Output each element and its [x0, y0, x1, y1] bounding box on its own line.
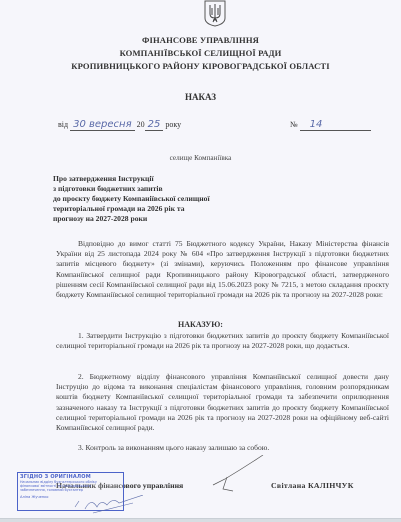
date-handwritten: 30 вересня [70, 119, 135, 131]
number-prefix: № [290, 120, 298, 129]
subject-line: Про затвердження Інструкції [53, 174, 210, 184]
stamp-body: Начальник відділу бухгалтерського обліку… [18, 480, 123, 493]
document-subject: Про затвердження Інструкції з підготовки… [53, 174, 210, 224]
stamp-heading: ЗГІДНО З ОРИГІНАЛОМ [18, 473, 123, 480]
subject-line: прогнозу на 2027-2028 роки [53, 214, 210, 224]
org-name-line-3: КРОПИВНИЦЬКОГО РАЙОНУ КІРОВОГРАДСЬКОЇ ОБ… [0, 61, 401, 71]
year-suffix: року [165, 120, 181, 129]
year-handwritten: 25 [145, 119, 164, 131]
document-place: селище Компаніївка [0, 154, 401, 162]
document-type-title: НАКАЗ [0, 92, 401, 102]
document-page: ФІНАНСОВЕ УПРАВЛІННЯ КОМПАНІЇВСЬКОЇ СЕЛИ… [0, 0, 401, 519]
order-item-3: 3. Контроль за виконанням цього наказу з… [56, 443, 389, 453]
certified-copy-stamp: ЗГІДНО З ОРИГІНАЛОМ Начальник відділу бу… [17, 472, 124, 511]
order-item-2: 2. Бюджетному відділу фінансового управл… [56, 372, 389, 433]
order-item-1: 1. Затвердити Інструкцію з підготовки бю… [56, 331, 389, 351]
subject-line: територіальної громади на 2026 рік та [53, 204, 210, 214]
subject-line: до проєкту бюджету Компаніївської селищн… [53, 194, 210, 204]
number-handwritten: 14 [300, 119, 371, 131]
org-name-line-1: ФІНАНСОВЕ УПРАВЛІННЯ [0, 35, 401, 45]
document-date: від 30 вересня 2025 року [58, 119, 181, 130]
signatory-name: Світлана КАЛІНЧУК [271, 481, 354, 490]
org-name-line-2: КОМПАНІЇВСЬКОЇ СЕЛИЩНОЇ РАДИ [0, 48, 401, 58]
trident-emblem-icon [203, 0, 227, 27]
page-bottom-edge [0, 518, 401, 522]
year-prefix: 20 [137, 120, 145, 129]
stamp-signature [73, 495, 143, 515]
document-number: № 14 [290, 119, 371, 131]
subject-line: з підготовки бюджетних запитів [53, 184, 210, 194]
handwritten-signature [205, 455, 265, 495]
preamble-paragraph: Відповідно до вимог статті 75 Бюджетного… [56, 239, 389, 300]
order-heading: НАКАЗУЮ: [0, 320, 401, 329]
date-prefix: від [58, 120, 68, 129]
